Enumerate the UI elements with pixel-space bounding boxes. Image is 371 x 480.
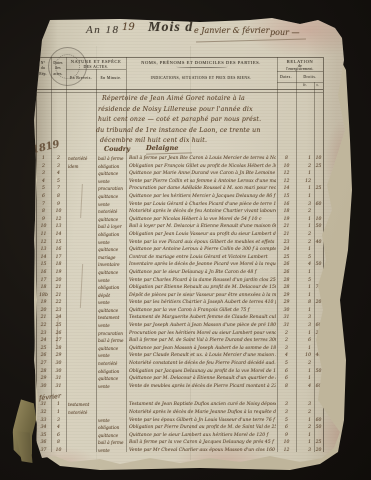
cell-num: 30 — [37, 383, 50, 391]
header-bottom-rule-2 — [36, 92, 323, 93]
cell-ct — [314, 409, 323, 417]
cell-min: quittance — [98, 170, 125, 178]
cell-num: 7 — [37, 201, 50, 209]
cell-ct: 25 — [314, 163, 323, 171]
cell-date: 4 — [52, 170, 65, 178]
cell-date: 5 — [52, 178, 65, 186]
table-row: 34quittanceQuittance par Marie Anne Dura… — [24, 170, 324, 178]
table-row: 1114obligationObligation par Jean Louis … — [24, 231, 324, 239]
cell-num: 4 — [37, 178, 50, 186]
cell-date: 22 — [52, 299, 65, 307]
cell-txt: Vente par les héritiers Chartier à Josep… — [129, 299, 276, 307]
cell-date: 4 — [52, 424, 65, 432]
cell-rd: 24 — [278, 246, 295, 254]
section-gap — [24, 390, 324, 401]
cell-rd: 2 — [278, 330, 295, 338]
scanned-registry-page: An 18 19 Mois d e Janvier & février pour… — [0, 0, 371, 480]
cell-ct: 20 — [314, 447, 323, 455]
cell-min: procuration — [98, 185, 125, 193]
cell-fr: 1 — [296, 193, 311, 201]
cell-min — [98, 409, 125, 417]
cell-txt: Notoriété après le décès de Marie Jeanne… — [129, 409, 276, 417]
cell-fr: 2 — [296, 424, 311, 432]
cell-date: 3 — [52, 163, 65, 171]
cell-rd: 26 — [278, 269, 295, 277]
cell-txt: Quittance par M. Delacour à Étienne Rena… — [129, 375, 276, 383]
cell-ct: 50 — [314, 261, 323, 269]
cell-brev: notoriété — [68, 155, 95, 163]
cell-num: 22 — [37, 322, 50, 330]
cell-brev — [68, 345, 95, 353]
cell-txt: Quittance par les héritiers Mercier à Ja… — [129, 193, 276, 201]
cell-min: vente — [98, 352, 125, 360]
table-row: 2528quittanceQuittance par Jean Masson à… — [24, 345, 324, 353]
cell-num: 21 — [37, 314, 50, 322]
cell-fr: 10 — [296, 352, 311, 360]
cell-ct — [314, 178, 323, 186]
cell-ct — [314, 246, 323, 254]
cell-brev — [68, 292, 95, 300]
cell-date: 29 — [52, 352, 65, 360]
cell-fr: 3 — [296, 447, 311, 455]
cell-fr: 1 — [296, 417, 311, 425]
cell-brev: testament — [68, 401, 95, 409]
cell-date: 24 — [52, 314, 65, 322]
cell-brev — [68, 432, 95, 440]
cell-num: 17 — [37, 277, 50, 285]
cell-min: mariage — [98, 254, 125, 262]
cell-fr: 6 — [296, 337, 311, 345]
cell-ct — [314, 170, 323, 178]
cell-rd: 6 — [278, 375, 295, 383]
cell-rd: 6 — [278, 368, 295, 376]
cell-num: 3 — [37, 170, 50, 178]
cell-fr: 1 — [296, 269, 311, 277]
table-row: 79venteVente par Louis Gérard à Charles … — [24, 201, 324, 209]
cell-rd: 14 — [278, 185, 295, 193]
opening-line: Répertoire de Jean Aimé Goret notaire à … — [102, 95, 245, 102]
cell-min: vente — [98, 201, 125, 209]
printed-month-label: Mois d — [148, 20, 193, 36]
cell-date: 19 — [52, 269, 65, 277]
cell-brev — [68, 223, 95, 231]
cell-fr: 1 — [296, 223, 311, 231]
table-row: 12notoriétébail à fermeBail à ferme par … — [24, 155, 324, 163]
table-row: 23idemobligationObligation par François … — [24, 163, 324, 171]
cell-num: 18b — [37, 292, 50, 300]
cell-date: 7 — [52, 185, 65, 193]
cell-num: 10 — [37, 223, 50, 231]
cell-txt: Testament de Marguerite Aubert femme de … — [129, 314, 276, 322]
cell-num: 26 — [37, 352, 50, 360]
cell-fr: 1 — [296, 330, 311, 338]
cell-txt: Quittance par le sieur Delaunay à Jn Bte… — [129, 269, 276, 277]
cell-fr: 5 — [296, 277, 311, 285]
cell-min: vente — [98, 417, 125, 425]
table-row: 2023quittanceQuittance par la vve Caron … — [24, 307, 324, 315]
cell-rd: 31 — [278, 322, 295, 330]
cell-date: 21 — [52, 284, 65, 292]
cell-txt: Testament de Jean Baptiste Duflos ancien… — [129, 401, 276, 409]
cell-min: vente — [98, 239, 125, 247]
table-row: 2427bail à fermeBail à ferme par M. de S… — [24, 337, 324, 345]
cell-txt: Quittance par Jean Masson à Joseph Auber… — [129, 345, 276, 353]
cell-fr: 1 — [296, 368, 311, 376]
table-row: 3710venteVente par Mr Cheval Charlier au… — [24, 447, 324, 455]
cell-min: obligation — [98, 163, 125, 171]
cell-rd: 3 — [278, 345, 295, 353]
opening-line: du tribunal de 1re instance de Laon, ce … — [96, 127, 261, 134]
cell-fr: 2 — [296, 208, 311, 216]
cell-brev — [68, 307, 95, 315]
cell-num: 34 — [37, 424, 50, 432]
cell-num: 20 — [37, 307, 50, 315]
cell-brev — [68, 360, 95, 368]
cell-fr: 2 — [296, 409, 311, 417]
cell-date: 9 — [52, 201, 65, 209]
table-row: 810notoriétéNotoriété après le décès de … — [24, 208, 324, 216]
table-row: 1619quittanceQuittance par le sieur Dela… — [24, 269, 324, 277]
cell-brev — [68, 231, 95, 239]
table-row: 68quittanceQuittance par les héritiers M… — [24, 193, 324, 201]
header-nature-sub: DES ACTES. — [84, 65, 109, 69]
cell-ct: 10 — [314, 216, 323, 224]
cell-date: 2 — [52, 155, 65, 163]
cell-rd: 10 — [278, 439, 295, 447]
table-row: 3031venteVente de meubles après le décès… — [24, 383, 324, 391]
cell-brev — [68, 246, 95, 254]
cell-min: testament — [98, 314, 125, 322]
cell-min: vente — [98, 299, 125, 307]
cell-fr: 1 — [296, 439, 311, 447]
handwritten-month-end: pour — — [270, 28, 299, 37]
cell-fr: 1 — [296, 246, 311, 254]
cell-brev — [68, 208, 95, 216]
cell-num: 19 — [37, 299, 50, 307]
cell-txt: Vente par la vve Picard aux époux Gilber… — [129, 239, 276, 247]
table-row: 2124testamentTestament de Marguerite Aub… — [24, 314, 324, 322]
table-row: 45venteVente par Pierre Collin et sa fem… — [24, 178, 324, 186]
cell-brev — [68, 352, 95, 360]
table-row: 1417mariageContrat de mariage entre Loui… — [24, 254, 324, 262]
cell-min: quittance — [98, 345, 125, 353]
cell-ct — [314, 208, 323, 216]
cell-fr: 1 — [296, 170, 311, 178]
cell-date: 20 — [52, 277, 65, 285]
handwritten-month: e Janvier & février — [194, 26, 269, 35]
cell-fr: 1 — [296, 345, 311, 353]
table-row: 2629venteVente par Claude Renault et ux.… — [24, 352, 324, 360]
cell-rd: 29 — [278, 292, 295, 300]
cell-min: bail à ferme — [98, 439, 125, 447]
table-row: 2830obligationObligation par Jacques Del… — [24, 368, 324, 376]
opening-line: huit cent onze — coté et paraphé par nou… — [98, 116, 261, 123]
cell-num: 9 — [37, 216, 50, 224]
cell-brev — [68, 299, 95, 307]
cell-rd: 8 — [278, 383, 295, 391]
cell-txt: Vente par Charles Picard à la dame Rouss… — [129, 277, 276, 285]
header-minute: En Minute. — [100, 76, 121, 80]
cell-txt: Obligation par Jean Louis Vasseur au pro… — [129, 231, 276, 239]
cell-txt: Quittance par Antoine Leroux à Pierre Co… — [129, 246, 276, 254]
cell-rd: 28 — [278, 277, 295, 285]
table-row: 2730notoriétéNotoriété constatant le déc… — [24, 360, 324, 368]
cell-date: 13 — [52, 223, 65, 231]
cell-min: bail à ferme — [98, 337, 125, 345]
cell-num: 18 — [37, 284, 50, 292]
cell-fr: 3 — [296, 314, 311, 322]
cell-ct: 25 — [314, 185, 323, 193]
handwritten-year: 19 — [122, 22, 135, 33]
cell-min: quittance — [98, 216, 125, 224]
cell-date: 31 — [52, 383, 65, 391]
header-num-line: Rép. — [39, 72, 47, 77]
cell-num: 16 — [37, 269, 50, 277]
cell-txt: Bail à ferme par M. de Saint Val à Pierr… — [129, 337, 276, 345]
cell-min: vente — [98, 322, 125, 330]
cell-rd: 21 — [278, 231, 295, 239]
cell-txt: Vente par Louis Gérard à Charles Picard … — [129, 201, 276, 209]
header-relation-sub: l'enregistrement. — [286, 67, 313, 72]
cell-date: 10 — [52, 208, 65, 216]
header-dates-actes: Dates des actes. — [53, 61, 62, 77]
cell-rd: 5 — [278, 360, 295, 368]
cell-rd: 6 — [278, 424, 295, 432]
cell-date: 27 — [52, 337, 65, 345]
cell-fr: 1 — [296, 155, 311, 163]
cell-num: 32 — [37, 409, 50, 417]
table-row: 311testamentTestament de Jean Baptiste D… — [24, 401, 324, 409]
cell-fr: 1 — [296, 284, 311, 292]
cell-fr: 1 — [296, 307, 311, 315]
cell-rd: 28 — [278, 284, 295, 292]
cell-min — [98, 401, 125, 409]
cell-fr: 1 — [296, 432, 311, 440]
cell-txt: Bail à ferme par la vve Caron à Jacques … — [129, 439, 276, 447]
cell-date: 17 — [52, 254, 65, 262]
cell-rd: 4 — [278, 352, 295, 360]
cell-brev — [68, 337, 95, 345]
table-row: 2225venteVente par Joseph Aubert à Jean … — [24, 322, 324, 330]
cell-fr: 8 — [296, 299, 311, 307]
signature: Coudry — [104, 145, 130, 153]
cell-date: 28 — [52, 345, 65, 353]
cell-num: 12 — [37, 239, 50, 247]
cell-num: 11 — [37, 231, 50, 239]
cell-rd: 23 — [278, 239, 295, 247]
printed-year: An 18 — [86, 24, 119, 36]
cell-txt: Notoriété après le décès de feu Antoine … — [129, 208, 276, 216]
cell-fr: 1 — [296, 216, 311, 224]
cell-brev — [68, 261, 95, 269]
cell-ct: 60 — [314, 417, 323, 425]
cell-fr: 2 — [296, 360, 311, 368]
cell-min: quittance — [98, 246, 125, 254]
cell-rd: 18 — [278, 208, 295, 216]
cell-num: 13 — [37, 246, 50, 254]
cell-ct: 25 — [314, 439, 323, 447]
cell-num: 6 — [37, 193, 50, 201]
document-page: An 18 19 Mois d e Janvier & février pour… — [24, 16, 346, 468]
header-droits-c: c. — [317, 83, 320, 88]
cell-brev — [68, 216, 95, 224]
cell-min: notoriété — [98, 360, 125, 368]
cell-rd: 30 — [278, 307, 295, 315]
cell-min: vente — [98, 178, 125, 186]
header-dates-line: actes. — [53, 72, 62, 77]
cell-date: 8 — [52, 439, 65, 447]
cell-date: 23 — [52, 307, 65, 315]
cell-num: 23 — [37, 330, 50, 338]
cell-rd: 12 — [278, 170, 295, 178]
cell-num: 24 — [37, 337, 50, 345]
header-brevets: En Brevets. — [70, 76, 92, 80]
cell-brev — [68, 185, 95, 193]
table-row: 368bail à fermeBail à ferme par la vve C… — [24, 439, 324, 447]
cell-brev: idem — [68, 163, 95, 171]
cell-ct — [314, 193, 323, 201]
cell-min: bail à ferme — [98, 155, 125, 163]
header-rel-dates: Dates. — [280, 75, 292, 79]
cell-txt: Quittance par le sieur Lambert aux hérit… — [129, 432, 276, 440]
cell-txt: Quittance par Nicolas Hébert à la vve Mo… — [129, 216, 276, 224]
cell-num: 36 — [37, 439, 50, 447]
cell-min: obligation — [98, 368, 125, 376]
table-row: 2931quittanceQuittance par M. Delacour à… — [24, 375, 324, 383]
cell-min: quittance — [98, 193, 125, 201]
cell-min: notoriété — [98, 208, 125, 216]
cell-rd: 10 — [278, 163, 295, 171]
cell-ct: 50 — [314, 223, 323, 231]
cell-rd: 29 — [278, 299, 295, 307]
cell-num: 28 — [37, 368, 50, 376]
cell-date: 15 — [52, 239, 65, 247]
cell-txt: Contrat de mariage entre Louis Gérard et… — [129, 254, 276, 262]
table-row: 356quittanceQuittance par le sieur Lambe… — [24, 432, 324, 440]
cell-rd: 3 — [278, 401, 295, 409]
table-border-top — [36, 57, 323, 58]
cell-txt: Dépôt de pièces par le sieur Vasseur pou… — [129, 292, 276, 300]
cell-fr: 3 — [296, 322, 311, 330]
ink-flourish — [196, 39, 306, 43]
cell-brev — [68, 314, 95, 322]
cell-brev — [68, 447, 95, 455]
header-parties-title: NOMS, PRÉNOMS ET DOMICILES DES PARTIES. — [141, 60, 261, 65]
cell-date: 25 — [52, 322, 65, 330]
cell-ct — [314, 254, 323, 262]
table-row: 1013bail à loyerBail à loyer par M. Dela… — [24, 223, 324, 231]
cell-rd: 12 — [278, 178, 295, 186]
cell-ct — [314, 307, 323, 315]
header-nature-title: NATURE ET ESPÈCE — [71, 59, 122, 64]
cell-fr: 4 — [296, 261, 311, 269]
cell-fr: 1 — [296, 185, 311, 193]
cell-fr: 2 — [296, 231, 311, 239]
header-bottom-rule — [36, 89, 323, 90]
cell-txt: Vente par Claude Renault et ux. à Louis … — [129, 352, 276, 360]
cell-date: 3 — [52, 417, 65, 425]
cell-txt: Vente par les époux Gilbert à Jn Louis V… — [129, 417, 276, 425]
cell-date: 12 — [52, 216, 65, 224]
cell-txt: Bail à ferme par Jean Bte Caron à Louis … — [129, 155, 276, 163]
cell-date: 31 — [52, 375, 65, 383]
cell-num: 35 — [37, 432, 50, 440]
cell-txt: Procuration par dame Adélaïde Roussel à … — [129, 185, 276, 193]
table-row: 2326procurationProcuration par les hérit… — [24, 330, 324, 338]
cell-min: obligation — [98, 231, 125, 239]
cell-brev — [68, 375, 95, 383]
cell-rd: 21 — [278, 223, 295, 231]
table-row: 912quittanceQuittance par Nicolas Hébert… — [24, 216, 324, 224]
cell-num: 1 — [37, 155, 50, 163]
cell-fr: 2 — [296, 163, 311, 171]
cell-rd: 19 — [278, 216, 295, 224]
table-row: 57procurationProcuration par dame Adélaï… — [24, 185, 324, 193]
cell-date: 21 — [52, 292, 65, 300]
cell-num: 31 — [37, 401, 50, 409]
table-row: 321notoriétéNotoriété après le décès de … — [24, 409, 324, 417]
cell-txt: Quittance par la vve Caron à François Gi… — [129, 307, 276, 315]
cell-date: 16 — [52, 246, 65, 254]
cell-rd: 12 — [278, 447, 295, 455]
cell-rd: 8 — [278, 155, 295, 163]
cell-num: 25 — [37, 345, 50, 353]
cell-brev — [68, 193, 95, 201]
cell-date: 6 — [52, 432, 65, 440]
cell-txt: Notoriété constatant le décès de feu Pie… — [129, 360, 276, 368]
cell-fr: 1 — [296, 375, 311, 383]
cell-brev: notoriété — [68, 409, 95, 417]
cell-num: 29 — [37, 375, 50, 383]
cell-brev — [68, 424, 95, 432]
cell-num: 37 — [37, 447, 50, 455]
cell-min: obligation — [98, 424, 125, 432]
table-body: 12notoriétébail à fermeBail à ferme par … — [24, 155, 324, 455]
table-row: 1720venteVente par Charles Picard à la d… — [24, 277, 324, 285]
cell-rd: 2 — [278, 337, 295, 345]
cell-brev — [68, 417, 95, 425]
cell-date: 30 — [52, 360, 65, 368]
cell-rd: 5 — [278, 417, 295, 425]
cell-txt: Obligation par Pierre Durand au profit d… — [129, 424, 276, 432]
cell-fr: 5 — [296, 254, 311, 262]
cell-brev — [68, 178, 95, 186]
table-row: 333venteVente par les époux Gilbert à Jn… — [24, 417, 324, 425]
cell-brev — [68, 254, 95, 262]
cell-min: obligation — [98, 284, 125, 292]
cell-fr: 4 — [296, 383, 311, 391]
header-parties-sub: INDICATIONS, SITUATIONS ET PRIX DES BIEN… — [151, 76, 252, 80]
header-divider-squiggle — [176, 65, 228, 68]
cell-min: vente — [98, 383, 125, 391]
cell-txt: Vente par Joseph Aubert à Jean Masson d'… — [129, 322, 276, 330]
cell-fr: 1 — [296, 292, 311, 300]
header-rule — [66, 69, 126, 70]
header-droits-fr: fr. — [303, 83, 307, 88]
cell-num: 27 — [37, 360, 50, 368]
table-row: 1821obligationObligation par Étienne Ren… — [24, 284, 324, 292]
cell-txt: Vente par Pierre Collin et sa femme à An… — [129, 178, 276, 186]
header-rel-droits: Droits. — [303, 75, 316, 79]
cell-ct — [314, 231, 323, 239]
opening-line: décembre mil huit cent dix huit. — [100, 137, 207, 144]
cell-rd: 25 — [278, 254, 295, 262]
cell-rd: 31 — [278, 314, 295, 322]
cell-brev — [68, 322, 95, 330]
table-row: 344obligationObligation par Pierre Duran… — [24, 424, 324, 432]
cell-date: 1 — [52, 401, 65, 409]
opening-line: résidence de Noisy Lillereuse pour l'ann… — [98, 106, 253, 113]
